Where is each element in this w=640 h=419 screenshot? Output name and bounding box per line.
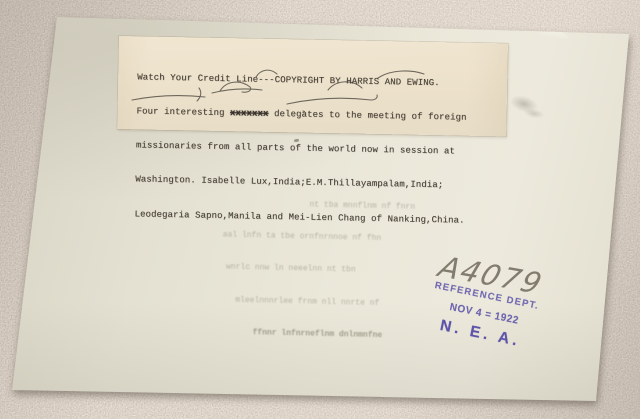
photo-back-shadow: Watch Your Credit Line---COPYRIGHT BY HA…	[0, 0, 640, 419]
typed-caption-label: Watch Your Credit Line---COPYRIGHT BY HA…	[117, 36, 508, 136]
caption-line-2: Four interesting xxxxxxx delegates to th…	[136, 106, 486, 124]
caption-line-4: Washington. Isabelle Lux,India;E.M.Thill…	[135, 175, 485, 193]
caption-line-5: Leodegaria Sapno,Manila and Mei-Lien Cha…	[134, 209, 484, 227]
overstruck-word: xxxxxxx	[230, 108, 269, 119]
caption-line-1: Watch Your Credit Line---COPYRIGHT BY HA…	[137, 72, 487, 90]
caption-line-3: missionaries from all parts of the world…	[136, 141, 486, 159]
impression-line: mleelnnnrlee frnm nll nnrte nf	[235, 296, 446, 312]
typed-caption-text: Watch Your Credit Line---COPYRIGHT BY HA…	[134, 49, 488, 250]
impression-line: ffnnr lnfnrneflnm dnlnmnfne	[252, 328, 445, 343]
ink-smudge	[518, 104, 550, 122]
impression-line: wnrlc nnw ln neeelnn nt tbn	[226, 263, 447, 279]
corner-crease-highlight	[484, 12, 570, 43]
photo-back-paper: Watch Your Credit Line---COPYRIGHT BY HA…	[0, 0, 640, 419]
